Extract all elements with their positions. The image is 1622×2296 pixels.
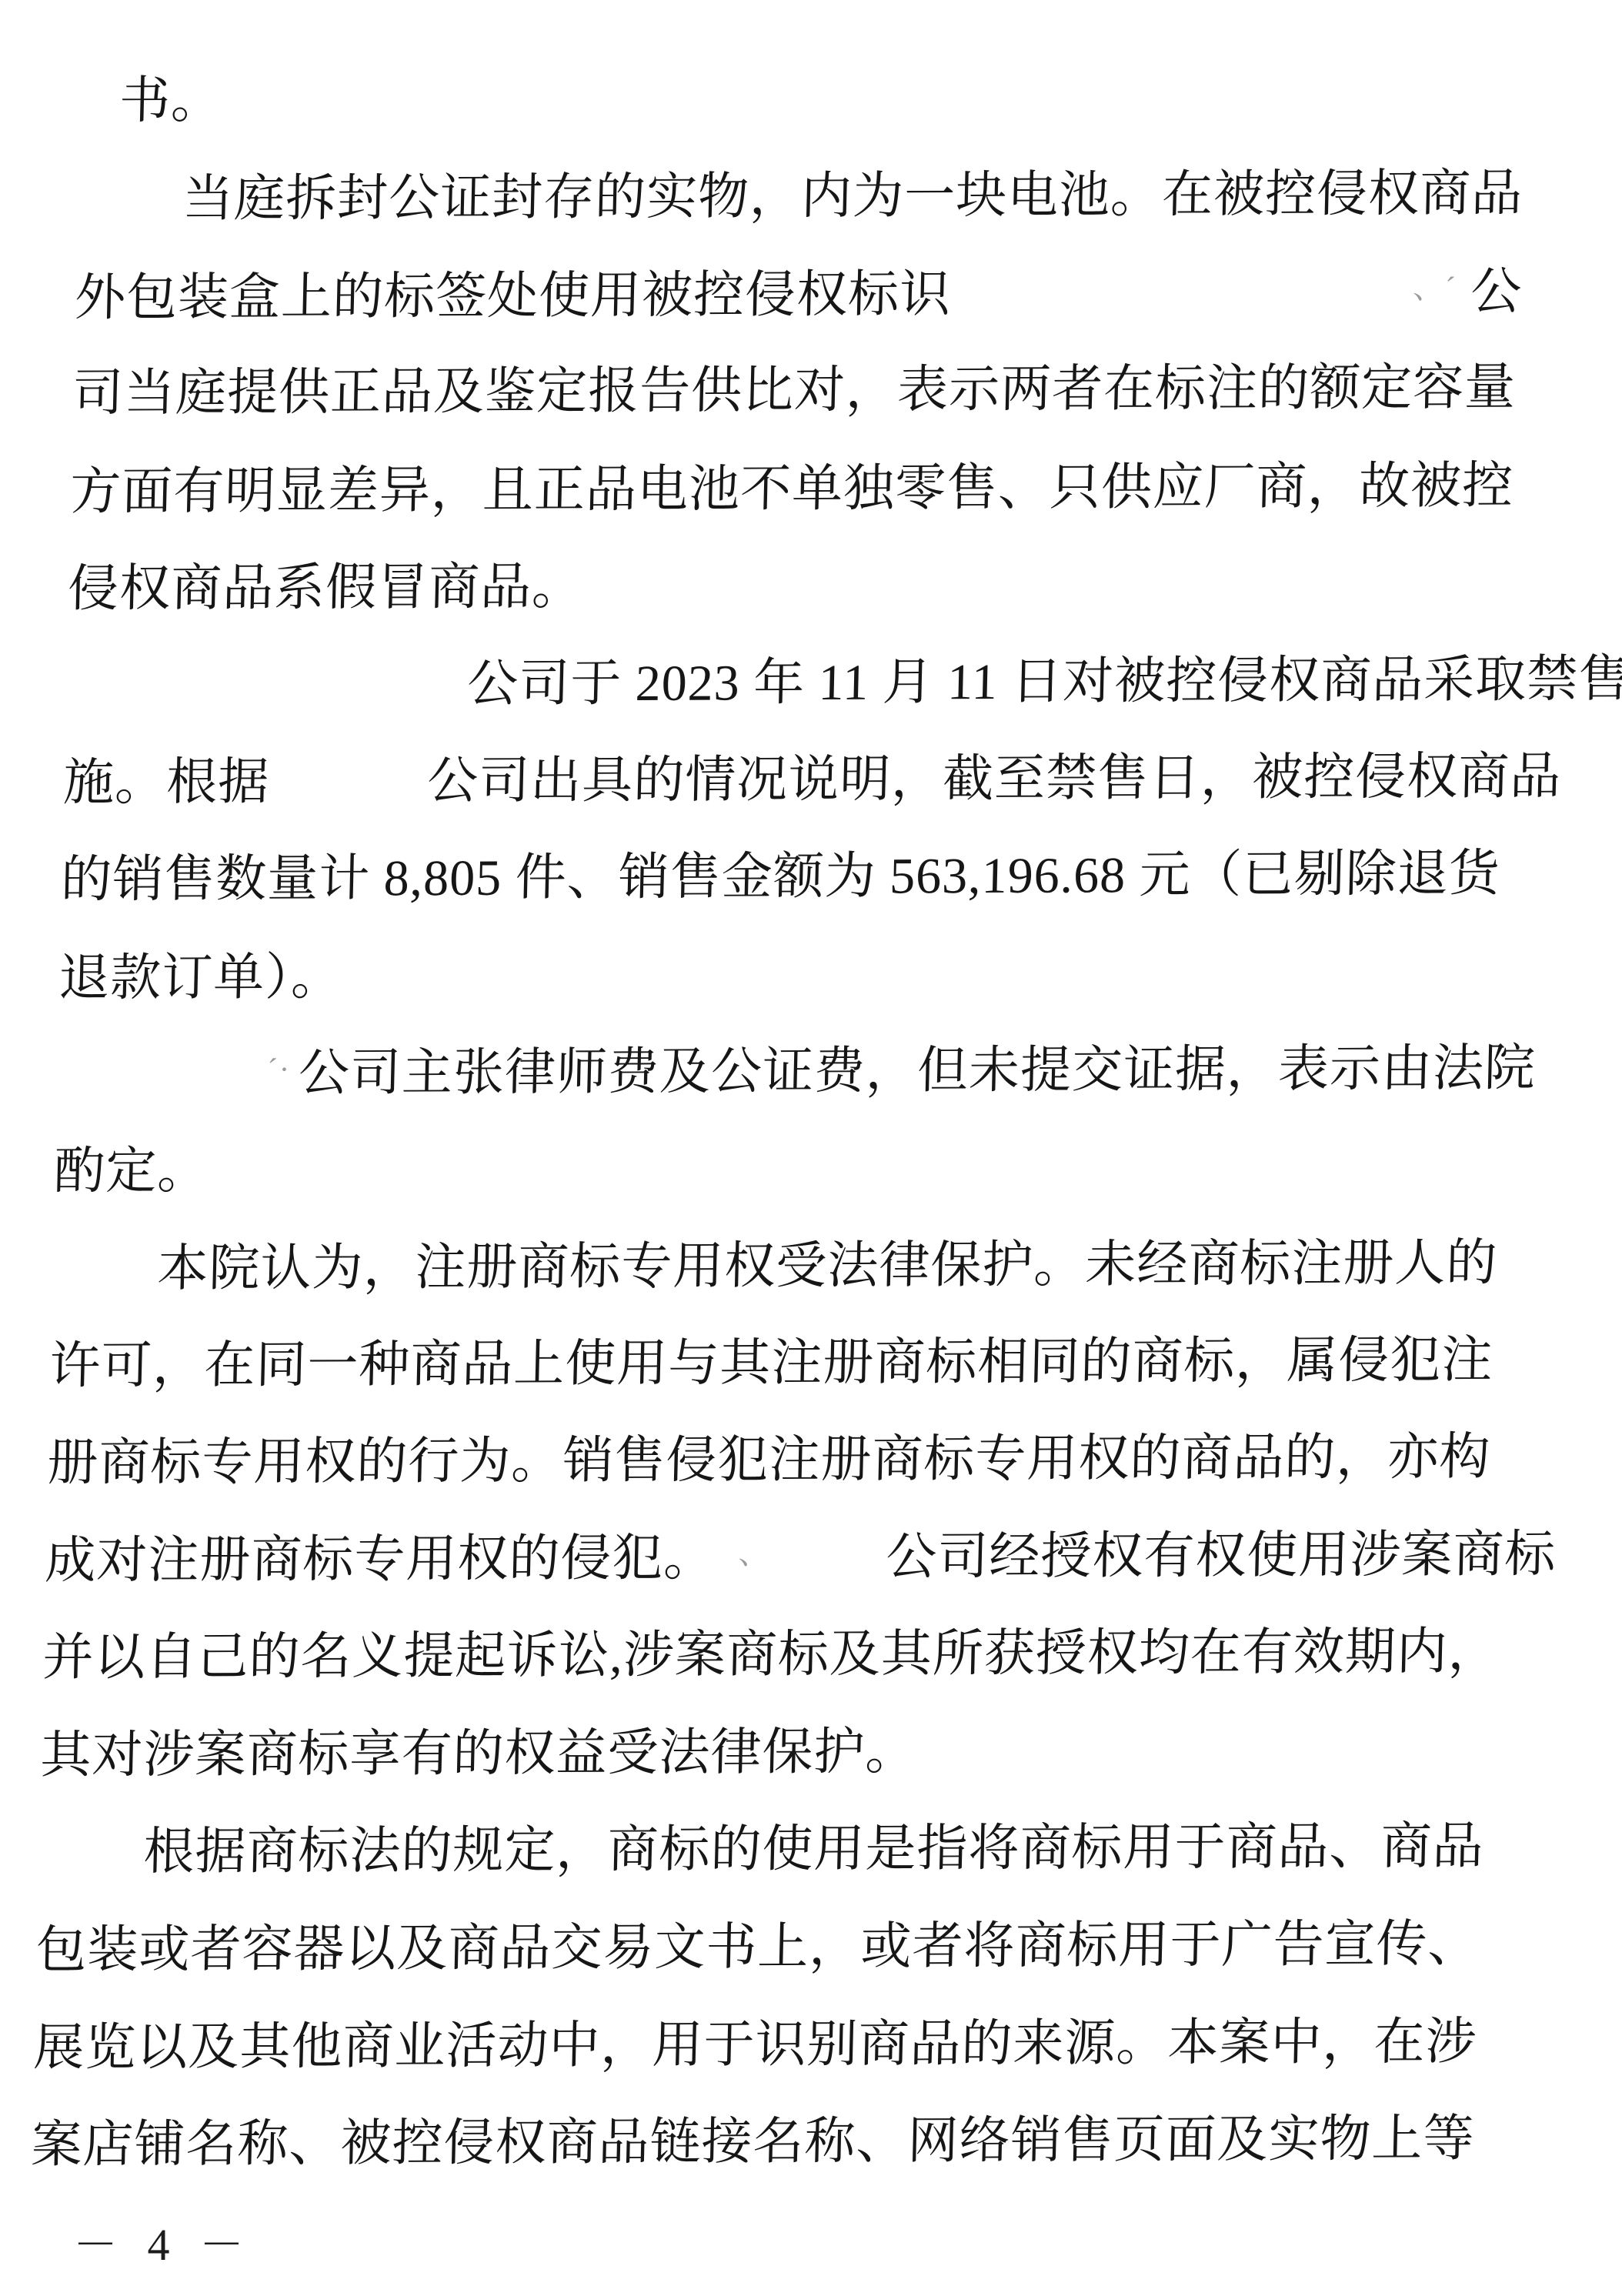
text-run: 方面有明显差异，且正品电池不单独零售、只供应厂商，故被控 (69, 449, 1514, 529)
text-line-19: 根据商标法的规定，商标的使用是指将商标用于商品、商品 (142, 1810, 1484, 1890)
text-run: 根据商标法的规定，商标的使用是指将商标用于商品、商品 (142, 1810, 1484, 1890)
text-run: 册商标专用权的行为。销售侵犯注册商标专用权的商品的，亦构 (46, 1420, 1491, 1500)
redacted-blank (290, 1090, 298, 1090)
text-run: 案店铺名称、被控侵权商品链接名称、网络销售页面及实物上等 (30, 2102, 1475, 2182)
text-line-6: 侵权商品系假冒商品。 (67, 550, 584, 626)
text-run: 书。 (118, 64, 223, 138)
redacted-blank (1457, 308, 1470, 309)
text-run: 包装或者容器以及商品交易文书上，或者将商标用于广告宣传、 (35, 1907, 1480, 1987)
redaction-residue-mark: 、ˊ (1412, 251, 1458, 325)
text-run: 退款订单）。 (58, 941, 343, 1016)
redaction-residue-mark: 、 (737, 1517, 771, 1590)
text-run: 公司经授权有权使用涉案商标 (885, 1518, 1557, 1595)
text-line-4: 司当庭提供正品及鉴定报告供比对，表示两者在标注的额定容量 (72, 351, 1517, 431)
text-run: 公 (1470, 255, 1523, 329)
text-run: 并以自己的名义提起诉讼,涉案商标及其所获授权均在有效期内， (42, 1615, 1500, 1695)
text-run: 成对注册商标专用权的侵犯。 (44, 1522, 716, 1599)
text-line-20: 包装或者容器以及商品交易文书上，或者将商标用于广告宣传、 (35, 1907, 1480, 1987)
text-line-16: 成对注册商标专用权的侵犯。、公司经授权有权使用涉案商标 (44, 1518, 1557, 1605)
text-line-21: 展览以及其他商业活动中，用于识别商品的来源。本案中，在涉 (32, 2005, 1477, 2085)
text-run: 本院认为，注册商标专用权受法律保护。未经商标注册人的 (156, 1226, 1498, 1307)
text-run: 公司出具的情况说明，截至禁售日，被控侵权商品 (426, 740, 1562, 819)
text-line-22: 案店铺名称、被控侵权商品链接名称、网络销售页面及实物上等 (30, 2102, 1475, 2182)
text-line-14: 许可，在同一种商品上使用与其注册商标相同的商标，属侵犯注 (48, 1323, 1494, 1403)
text-line-5: 方面有明显差异，且正品电池不单独零售、只供应厂商，故被控 (69, 449, 1514, 529)
text-line-15: 册商标专用权的行为。销售侵犯注册商标专用权的商品的，亦构 (46, 1420, 1491, 1500)
text-line-8: 施。根据公司出具的情况说明，截至禁售日，被控侵权商品 (62, 740, 1562, 821)
text-line-10: 退款订单）。 (58, 941, 343, 1016)
text-run: 公司主张律师费及公证费，但未提交证据，表示由法院 (298, 1032, 1537, 1111)
redaction-residue-mark: ˊ· (266, 1033, 292, 1106)
text-run: 的销售数量计 8,805 件、销售金额为 563,196.68 元（已剔除退货 (60, 837, 1501, 917)
text-line-18: 其对涉案商标享有的权益受法律保护。 (39, 1715, 917, 1793)
text-run: 外包装盒上的标签处使用被控侵权标识 (74, 258, 952, 335)
text-run: 公司于 2023 年 11 月 11 日对被控侵权商品采取禁售措 (466, 642, 1622, 722)
redacted-blank (715, 1573, 738, 1574)
text-line-17: 并以自己的名义提起诉讼,涉案商标及其所获授权均在有效期内， (42, 1615, 1500, 1695)
text-run: 侵权商品系假冒商品。 (67, 550, 584, 626)
text-line-7: 公司于 2023 年 11 月 11 日对被控侵权商品采取禁售措 (466, 642, 1622, 722)
text-run: 酌定。 (53, 1134, 209, 1209)
text-run: 展览以及其他商业活动中，用于识别商品的来源。本案中，在涉 (32, 2005, 1477, 2085)
redacted-blank (269, 797, 427, 799)
document-page: 书。当庭拆封公证封存的实物，内为一块电池。在被控侵权商品外包装盒上的标签处使用被… (0, 0, 1622, 2296)
text-line-2: 当庭拆封公证封存的实物，内为一块电池。在被控侵权商品 (182, 157, 1524, 237)
text-line-11: ˊ·公司主张律师费及公证费，但未提交证据，表示由法院 (266, 1032, 1537, 1117)
text-line-9: 的销售数量计 8,805 件、销售金额为 563,196.68 元（已剔除退货 (60, 837, 1501, 917)
page-number: － 4 － (73, 2208, 253, 2273)
text-run: 许可，在同一种商品上使用与其注册商标相同的商标，属侵犯注 (48, 1323, 1494, 1403)
text-line-1: 书。 (118, 64, 223, 138)
redacted-blank (951, 309, 1413, 312)
text-block: 书。当庭拆封公证封存的实物，内为一块电池。在被控侵权商品外包装盒上的标签处使用被… (0, 0, 1622, 2296)
text-line-13: 本院认为，注册商标专用权受法律保护。未经商标注册人的 (156, 1226, 1498, 1307)
text-run: 司当庭提供正品及鉴定报告供比对，表示两者在标注的额定容量 (72, 351, 1517, 431)
text-run: 当庭拆封公证封存的实物，内为一块电池。在被控侵权商品 (182, 157, 1524, 237)
text-run: 施。根据 (62, 746, 270, 820)
text-line-12: 酌定。 (53, 1134, 209, 1209)
redacted-blank (770, 1573, 886, 1575)
text-line-3: 外包装盒上的标签处使用被控侵权标识、ˊ公 (74, 255, 1524, 342)
text-run: 其对涉案商标享有的权益受法律保护。 (39, 1715, 917, 1793)
